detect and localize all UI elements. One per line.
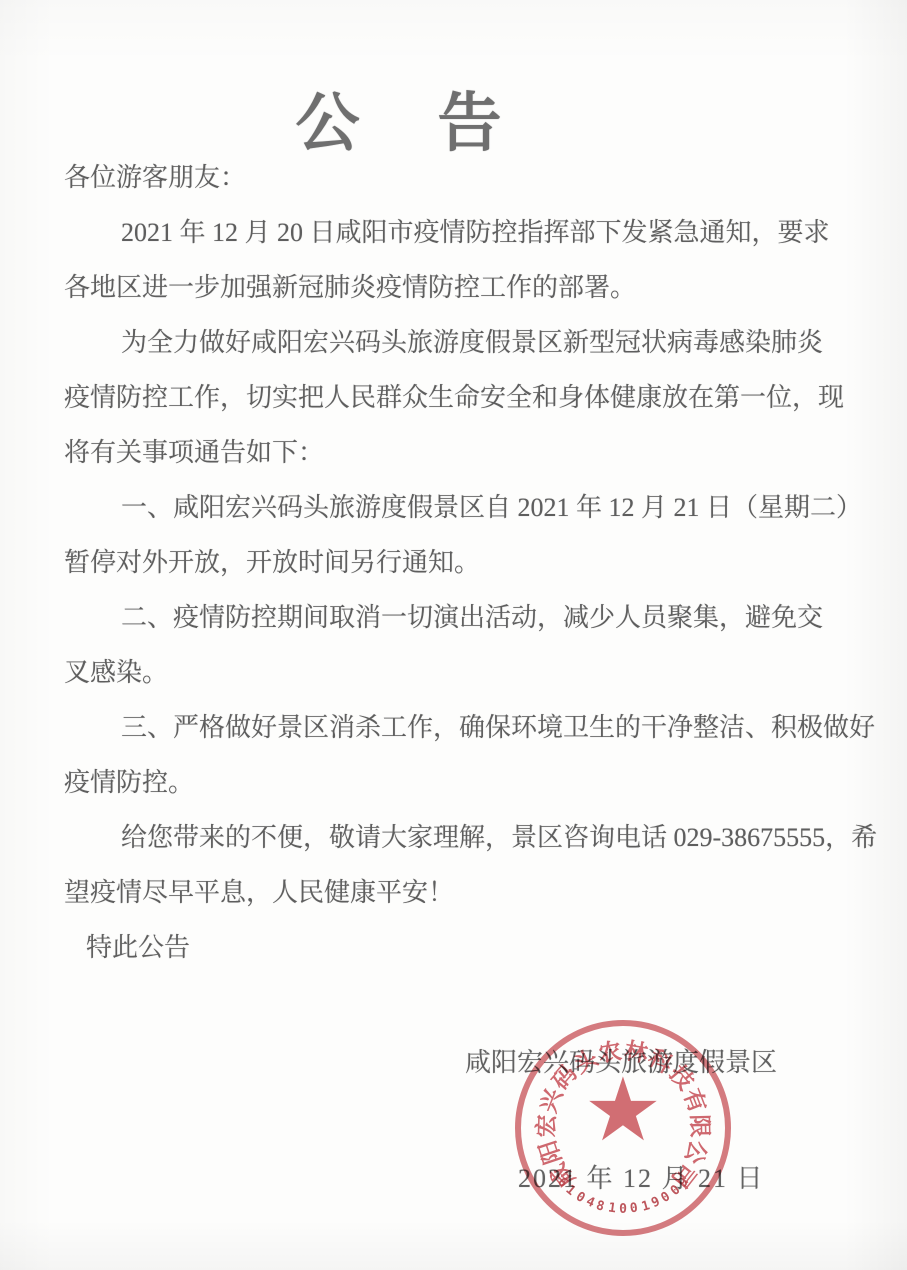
red-star-icon: ★ <box>584 1066 663 1154</box>
notice-line: 二、疫情防控期间取消一切演出活动，减少人员聚集，避免交 <box>64 590 856 645</box>
notice-line: 2021 年 12 月 20 日咸阳市疫情防控指挥部下发紧急通知，要求 <box>64 205 856 260</box>
notice-body: 各位游客朋友： 2021 年 12 月 20 日咸阳市疫情防控指挥部下发紧急通知… <box>64 150 856 975</box>
notice-line: 叉感染。 <box>64 645 856 700</box>
closing-phrase: 特此公告 <box>64 920 856 975</box>
notice-document: 公告 各位游客朋友： 2021 年 12 月 20 日咸阳市疫情防控指挥部下发紧… <box>0 0 907 1270</box>
notice-line: 望疫情尽早平息，人民健康平安！ <box>64 865 856 920</box>
notice-line: 疫情防控工作，切实把人民群众生命安全和身体健康放在第一位，现 <box>64 370 856 425</box>
notice-line: 为全力做好咸阳宏兴码头旅游度假景区新型冠状病毒感染肺炎 <box>64 315 856 370</box>
notice-line: 疫情防控。 <box>64 755 856 810</box>
notice-line: 将有关事项通告如下： <box>64 425 856 480</box>
notice-line: 一、咸阳宏兴码头旅游度假景区自 2021 年 12 月 21 日（星期二） <box>64 480 856 535</box>
notice-line: 暂停对外开放，开放时间另行通知。 <box>64 535 856 590</box>
notice-line: 三、严格做好景区消杀工作，确保环境卫生的干净整洁、积极做好 <box>64 700 856 755</box>
notice-line: 各地区进一步加强新冠肺炎疫情防控工作的部署。 <box>64 260 856 315</box>
notice-line: 给您带来的不便，敬请大家理解，景区咨询电话 029-38675555，希 <box>64 810 856 865</box>
official-seal: ★ 咸阳宏兴码头农林科技有限公司 6104810019009 <box>515 1020 731 1236</box>
salutation: 各位游客朋友： <box>64 150 856 205</box>
